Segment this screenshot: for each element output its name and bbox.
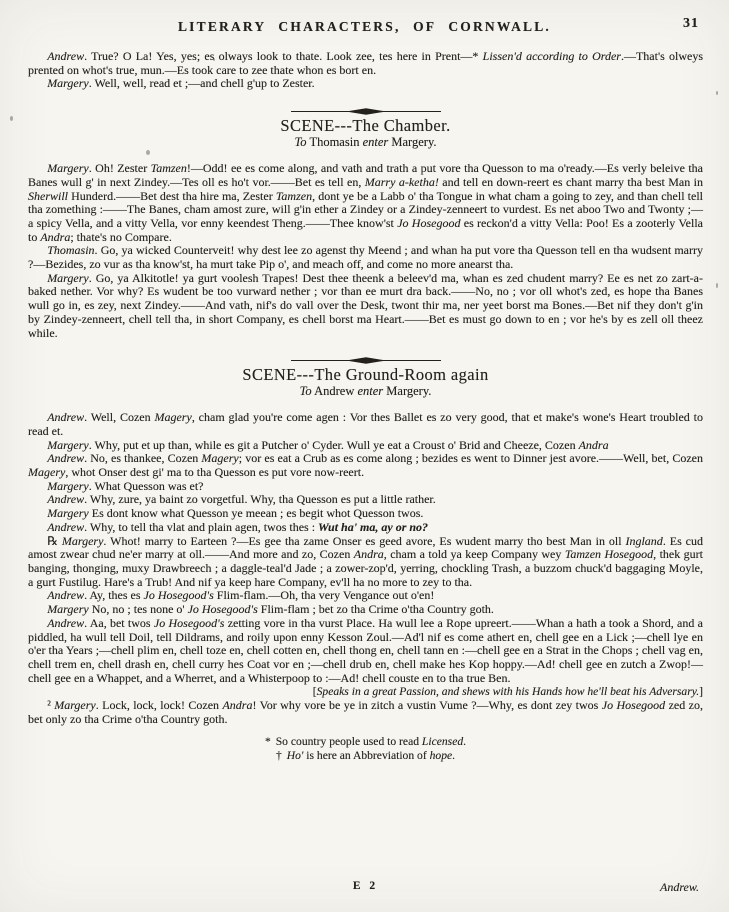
dialogue-paragraph: Andrew. Aa, bet twos Jo Hosegood's zetti… — [28, 617, 703, 686]
scene-dialogue: Margery. Oh! Zester Tamzen!—Odd! ee es c… — [28, 162, 703, 340]
dialogue-paragraph: Margery. Oh! Zester Tamzen!—Odd! ee es c… — [28, 162, 703, 244]
scan-speck — [146, 150, 150, 155]
footnotes: *So country people used to read Licensed… — [28, 735, 703, 763]
dialogue-paragraph: Thomasin. Go, ya wicked Counterveit! why… — [28, 244, 703, 271]
signature-mark: E 2 — [28, 880, 703, 892]
page-body: Andrew. True? O La! Yes, yes; es olways … — [28, 0, 703, 763]
scan-speck — [716, 91, 718, 95]
footnote-text: So country people used to read Licensed. — [276, 735, 466, 748]
dialogue-paragraph: Margery. Go, ya Alkitotle! ya gurt voole… — [28, 272, 703, 341]
dialogue-paragraph: Andrew. No, es thankee, Cozen Magery; vo… — [28, 452, 703, 479]
scene-ground-room: SCENE---The Ground-Room again To Andrew … — [28, 365, 703, 726]
section-divider — [291, 356, 441, 365]
dialogue-paragraph: Margery. Well, well, read et ;—and chell… — [28, 77, 703, 91]
dialogue-paragraph: Andrew. Well, Cozen Magery, cham glad yo… — [28, 411, 703, 438]
footnote: †Ho' is here an Abbreviation of hope. — [28, 749, 703, 763]
dialogue-paragraph: ℞ Margery. Whot! marry to Earteen ?—Es g… — [28, 535, 703, 590]
divider-ornament-icon — [291, 107, 441, 116]
footnote-marker: † — [276, 749, 282, 762]
footnote-text: Ho' is here an Abbreviation of hope. — [287, 749, 455, 762]
dialogue-paragraph: Margery. What Quesson was et? — [28, 480, 703, 494]
dialogue-paragraph: Margery No, no ; tes none o' Jo Hosegood… — [28, 603, 703, 617]
colophon-row: E 2 Andrew. — [28, 880, 703, 898]
footnote-marker: * — [265, 735, 271, 748]
book-page: LITERARY CHARACTERS, OF CORNWALL. 31 And… — [0, 0, 729, 912]
dialogue-paragraph: Andrew. Ay, thes es Jo Hosegood's Flim-f… — [28, 589, 703, 603]
scan-speck — [716, 283, 718, 288]
dialogue-paragraph: Margery Es dont know what Quesson ye mee… — [28, 507, 703, 521]
scene-chamber: SCENE---The Chamber. To Thomasin enter M… — [28, 116, 703, 340]
opening-dialogue: Andrew. True? O La! Yes, yes; es olways … — [28, 50, 703, 91]
stage-direction: To Andrew enter Margery. — [28, 384, 703, 399]
stage-direction: To Thomasin enter Margery. — [28, 135, 703, 150]
scene-dialogue: Andrew. Well, Cozen Magery, cham glad yo… — [28, 411, 703, 726]
dialogue-paragraph: Andrew. Why, zure, ya baint zo vorgetful… — [28, 493, 703, 507]
section-divider — [291, 107, 441, 116]
dialogue-paragraph: Margery. Why, put et up than, while es g… — [28, 439, 703, 453]
scene-heading: SCENE---The Chamber. — [28, 116, 703, 135]
divider-ornament-icon — [291, 356, 441, 365]
dialogue-paragraph: ² Margery. Lock, lock, lock! Cozen Andra… — [28, 699, 703, 726]
dialogue-paragraph: Andrew. Why, to tell tha vlat and plain … — [28, 521, 703, 535]
scene-heading: SCENE---The Ground-Room again — [28, 365, 703, 384]
scan-speck — [213, 58, 215, 61]
stage-note: [Speaks in a great Passion, and shews wi… — [28, 685, 703, 699]
footnote: *So country people used to read Licensed… — [28, 735, 703, 749]
dialogue-paragraph: Andrew. True? O La! Yes, yes; es olways … — [28, 50, 703, 77]
scan-speck — [10, 116, 13, 121]
catchword: Andrew. — [660, 880, 699, 895]
